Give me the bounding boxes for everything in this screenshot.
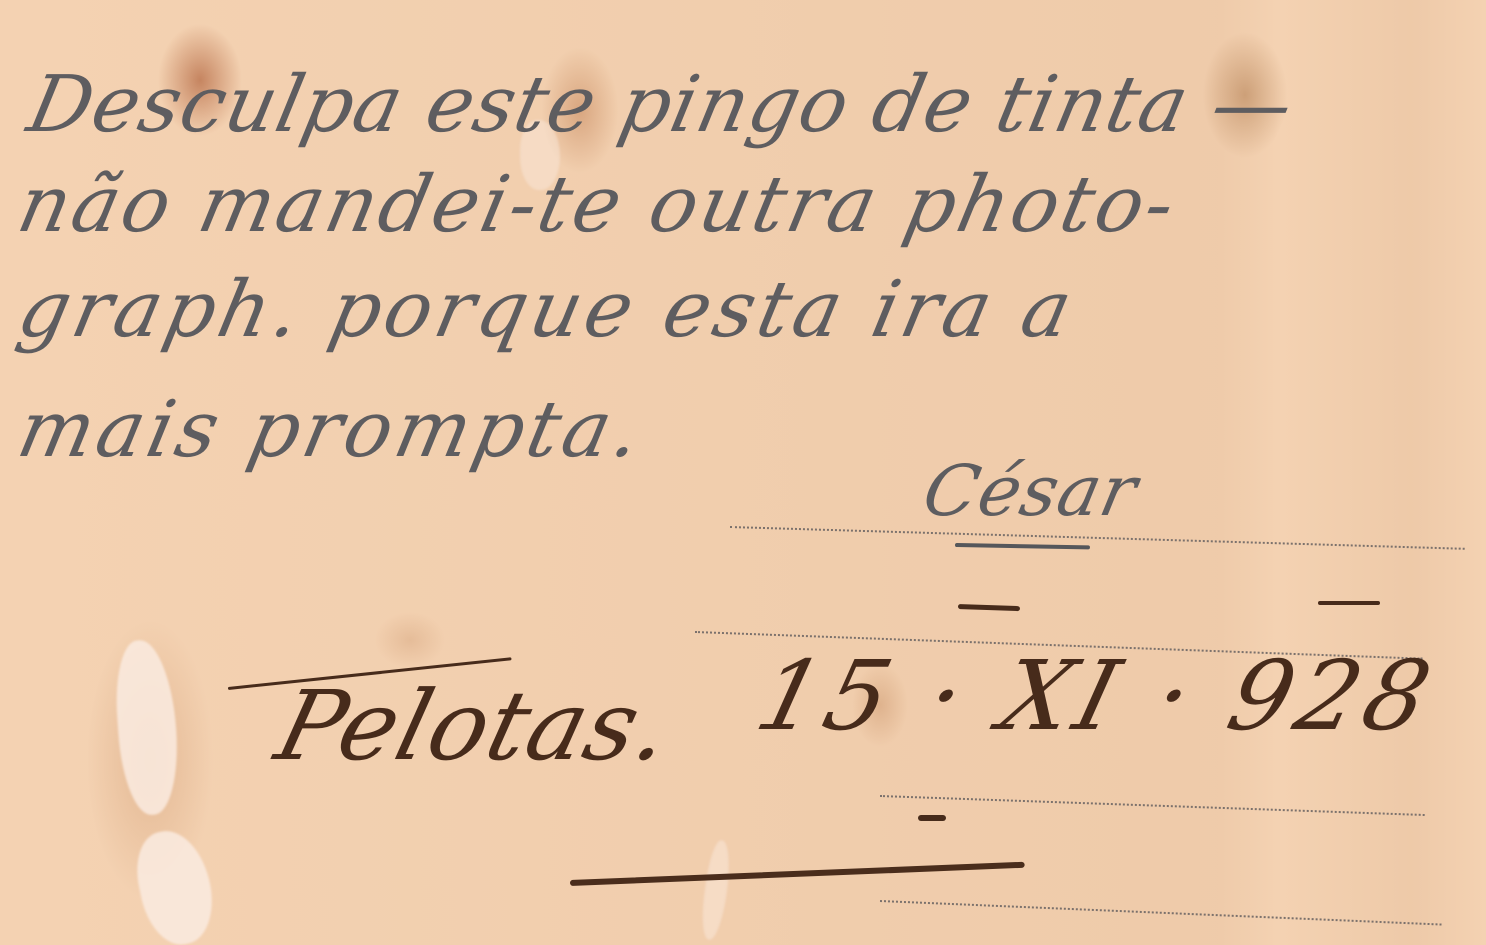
signature-underline (955, 543, 1090, 549)
message-line-2: não mandei-te outra photo- (10, 160, 1185, 250)
message-line-3: graph. porque esta ira a (10, 265, 1083, 355)
message-line-1: Desculpa este pingo de tinta — (20, 60, 1301, 150)
month-underline (918, 815, 946, 821)
address-line-4 (880, 900, 1442, 926)
worn-patch-bottom (698, 839, 734, 941)
postcard-back: Desculpa este pingo de tinta — não mande… (0, 0, 1486, 945)
year-dash (1318, 601, 1380, 605)
signature: César (916, 450, 1145, 532)
worn-patch-left (112, 638, 182, 817)
month-overline (958, 604, 1020, 611)
dateline-place: Pelotas. (266, 670, 683, 782)
dateline-underline (570, 862, 1025, 886)
dateline-date: 15 · XI · 928 (746, 640, 1447, 752)
worn-patch-left-lower (129, 824, 221, 945)
message-line-4: mais prompta. (10, 385, 652, 475)
address-line-3 (880, 795, 1425, 816)
